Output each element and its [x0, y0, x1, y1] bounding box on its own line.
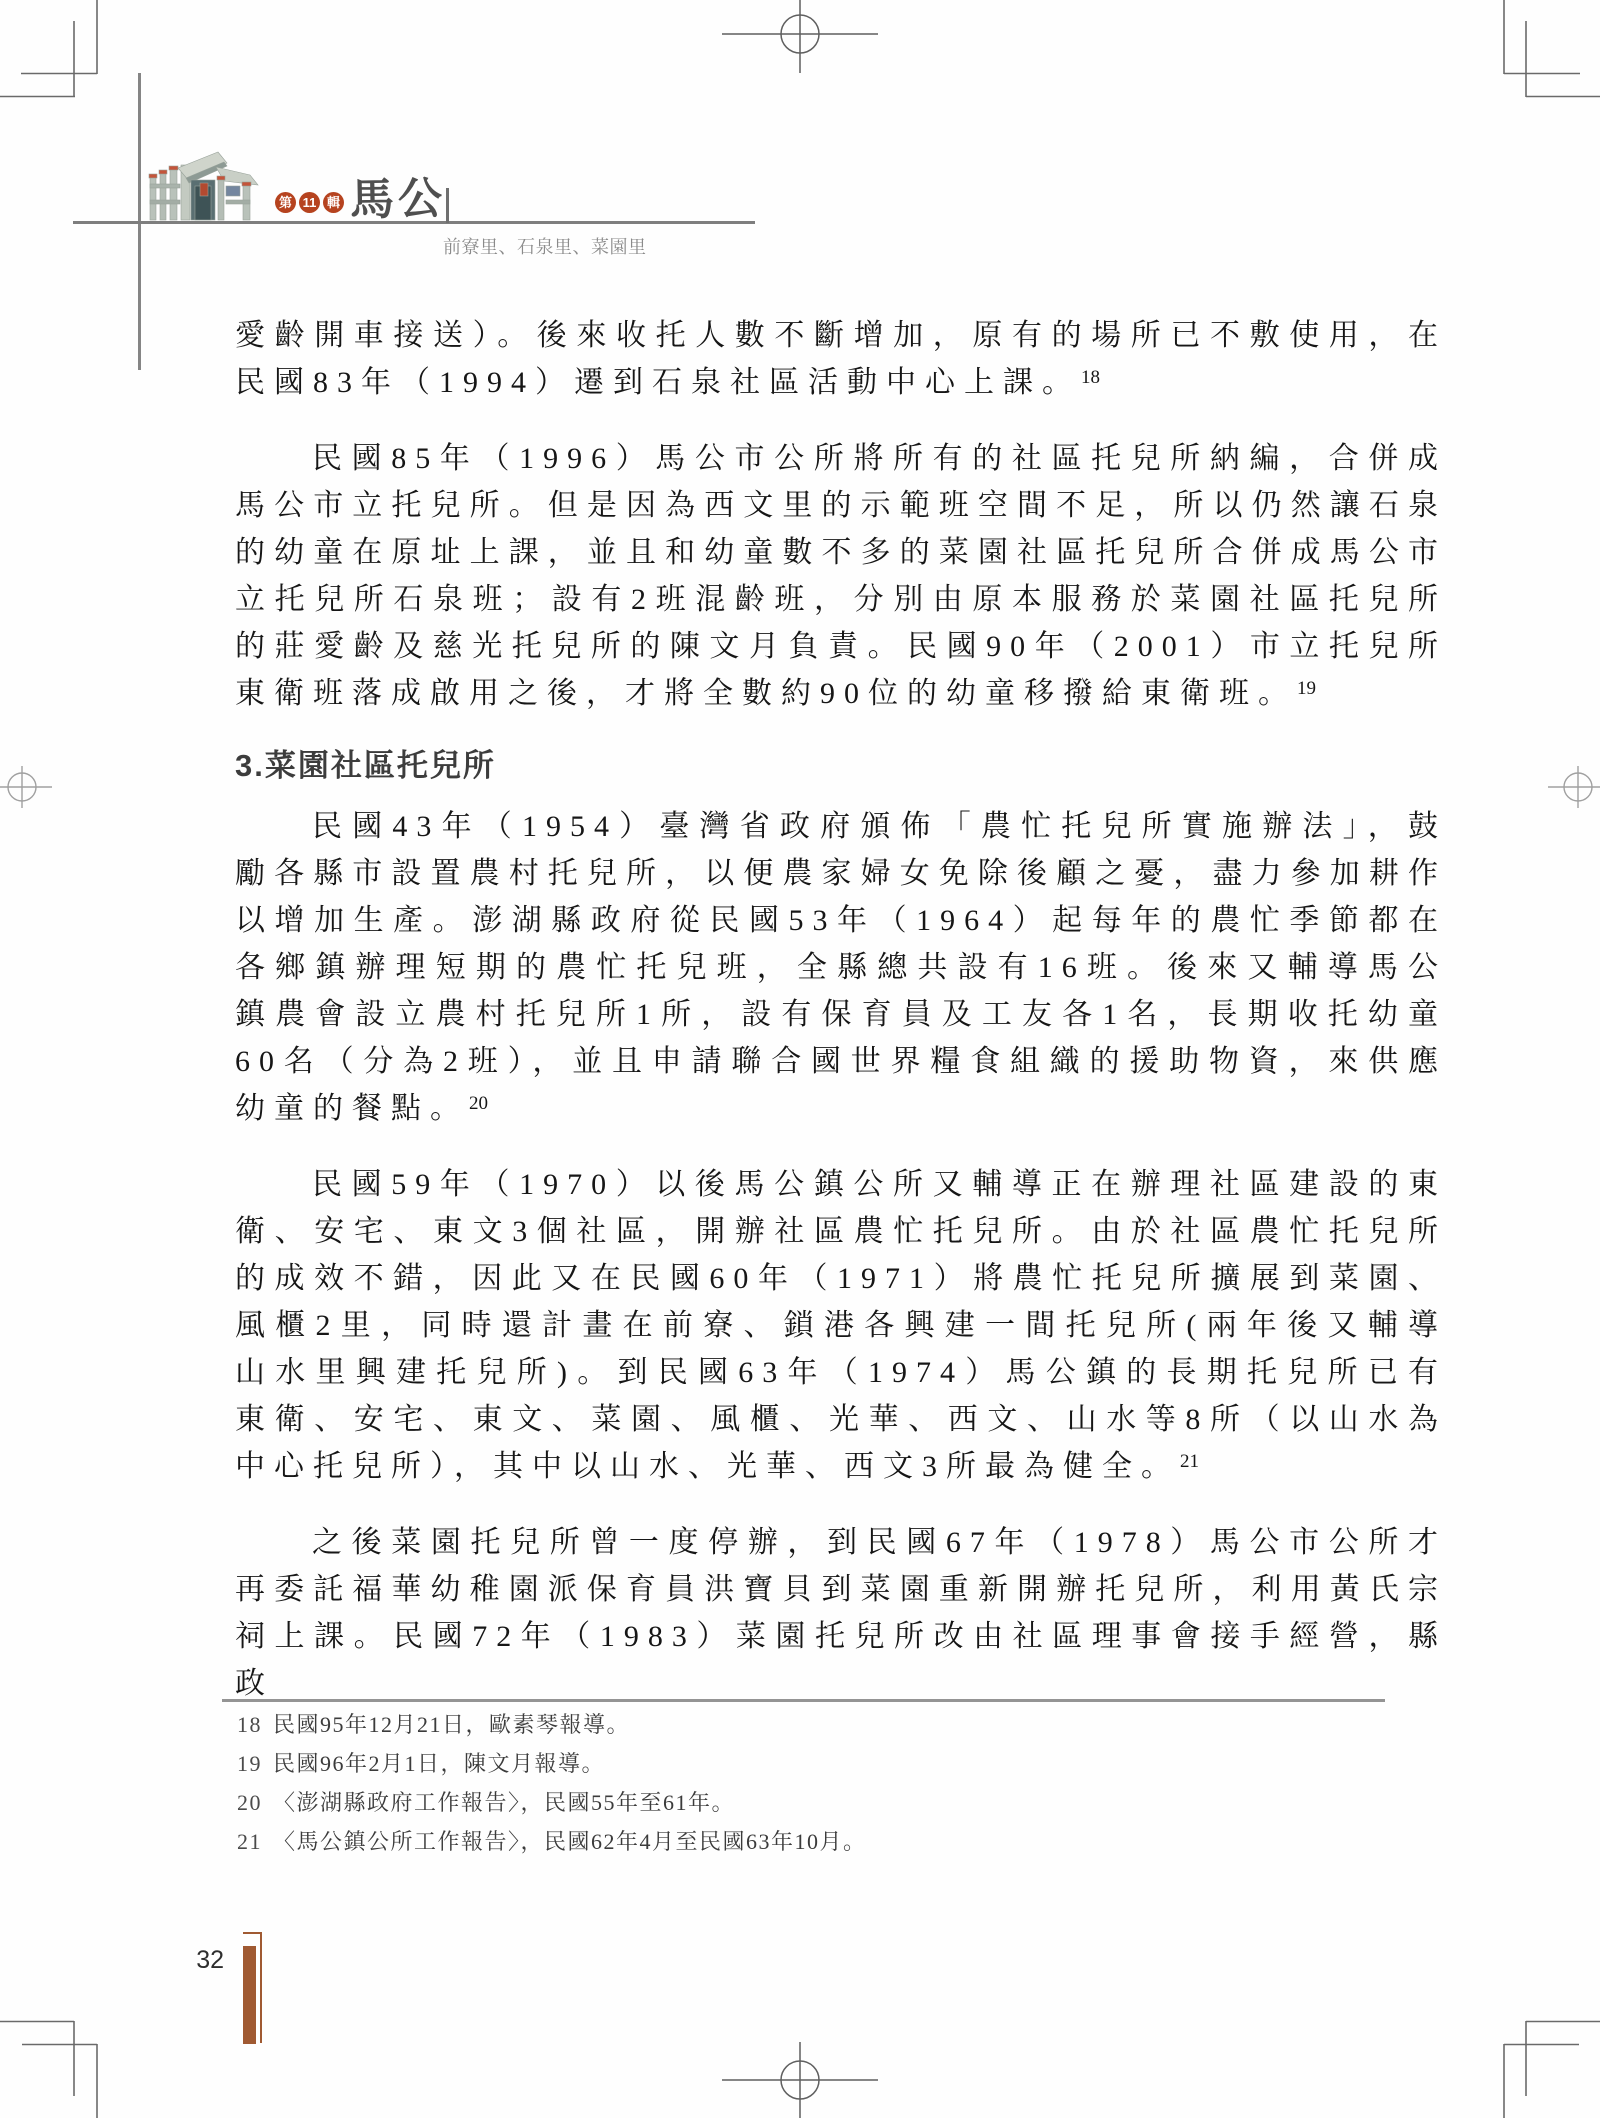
- footnote-number: 21: [237, 1830, 273, 1854]
- footnote: 18 民國95年12月21日，歐素琴報導。: [237, 1713, 1397, 1737]
- footnote-text: 〈澎湖縣政府工作報告〉，民國55年至61年。: [273, 1791, 735, 1815]
- footnote-number: 19: [237, 1752, 273, 1776]
- footnote-text: 民國95年12月21日，歐素琴報導。: [273, 1713, 630, 1737]
- page-number: 32: [194, 1946, 224, 1975]
- footnote: 21 〈馬公鎮公所工作報告〉，民國62年4月至民國63年10月。: [237, 1830, 1397, 1854]
- footnote-text: 民國96年2月1日，陳文月報導。: [273, 1752, 605, 1776]
- registration-mark-bottom: [722, 2042, 878, 2118]
- chapter-subtitle: 前寮里、石泉里、菜園里: [443, 233, 647, 259]
- paragraph-text: 愛齡開車接送）。後來收托人數不斷增加，原有的場所已不敷使用，在民國83年（199…: [235, 319, 1447, 399]
- registration-mark-right: [1548, 766, 1600, 808]
- series-badge-part-2: 11: [299, 192, 320, 213]
- footnote-ref-20: 20: [469, 1093, 488, 1114]
- crop-mark-top-left: [0, 0, 97, 97]
- paragraph-text: 民國43年（1954）臺灣省政府頒佈「農忙托兒所實施辦法」，鼓勵各縣市設置農村托…: [235, 810, 1447, 1125]
- gate-illustration: [148, 150, 264, 221]
- crop-mark-bottom-left: [0, 2021, 97, 2118]
- crop-mark-top-right: [1504, 0, 1600, 97]
- page-number-rule-vertical: [260, 1932, 262, 2043]
- paragraph-text: 民國85年（1996）馬公市公所將所有的社區托兒所納編，合併成馬公市立托兒所。但…: [235, 442, 1447, 710]
- footnotes: 18 民國95年12月21日，歐素琴報導。 19 民國96年2月1日，陳文月報導…: [237, 1713, 1397, 1869]
- footnote-text: 〈馬公鎮公所工作報告〉，民國62年4月至民國63年10月。: [273, 1830, 867, 1854]
- series-badge: 第 11 輯: [275, 192, 344, 213]
- paragraph: 民國43年（1954）臺灣省政府頒佈「農忙托兒所實施辦法」，鼓勵各縣市設置農村托…: [235, 803, 1447, 1132]
- footnote-ref-18: 18: [1081, 367, 1100, 388]
- footnote-number: 20: [237, 1791, 273, 1815]
- footnote-ref-21: 21: [1180, 1451, 1199, 1472]
- paragraph-text: 之後菜園托兒所曾一度停辦，到民國67年（1978）馬公市公所才再委託福華幼稚園派…: [235, 1526, 1447, 1700]
- title-divider-bar: [446, 188, 449, 223]
- footnote-divider: [222, 1699, 1385, 1702]
- paragraph-text: 民國59年（1970）以後馬公鎮公所又輔導正在辦理社區建設的東衛、安宅、東文3個…: [235, 1168, 1447, 1483]
- paragraph: 民國85年（1996）馬公市公所將所有的社區托兒所納編，合併成馬公市立托兒所。但…: [235, 435, 1447, 717]
- paragraph: 民國59年（1970）以後馬公鎮公所又輔導正在辦理社區建設的東衛、安宅、東文3個…: [235, 1161, 1447, 1490]
- body-text: 愛齡開車接送）。後來收托人數不斷增加，原有的場所已不敷使用，在民國83年（199…: [235, 312, 1447, 1736]
- paragraph: 之後菜園托兒所曾一度停辦，到民國67年（1978）馬公市公所才再委託福華幼稚園派…: [235, 1519, 1447, 1707]
- footnote: 19 民國96年2月1日，陳文月報導。: [237, 1752, 1397, 1776]
- footnote-ref-19: 19: [1297, 678, 1316, 699]
- registration-mark-top: [722, 0, 878, 73]
- scanned-book-page: 第 11 輯 馬公 前寮里、石泉里、菜園里 愛齡開車接送）。後來收托人數不斷增加…: [0, 0, 1600, 2118]
- crop-mark-bottom-right: [1504, 2021, 1600, 2118]
- registration-mark-left: [0, 766, 52, 808]
- paragraph: 愛齡開車接送）。後來收托人數不斷增加，原有的場所已不敷使用，在民國83年（199…: [235, 312, 1447, 406]
- footnote-number: 18: [237, 1713, 273, 1737]
- series-badge-part-1: 第: [275, 192, 296, 213]
- page-number-bar: [243, 1946, 256, 2044]
- page-number-rule-horizontal: [243, 1932, 262, 1934]
- section-heading: 3.菜園社區托兒所: [235, 746, 1447, 786]
- series-badge-part-3: 輯: [323, 192, 344, 213]
- book-title: 馬公: [350, 177, 447, 223]
- footnote: 20 〈澎湖縣政府工作報告〉，民國55年至61年。: [237, 1791, 1397, 1815]
- gate-photo: [148, 150, 264, 221]
